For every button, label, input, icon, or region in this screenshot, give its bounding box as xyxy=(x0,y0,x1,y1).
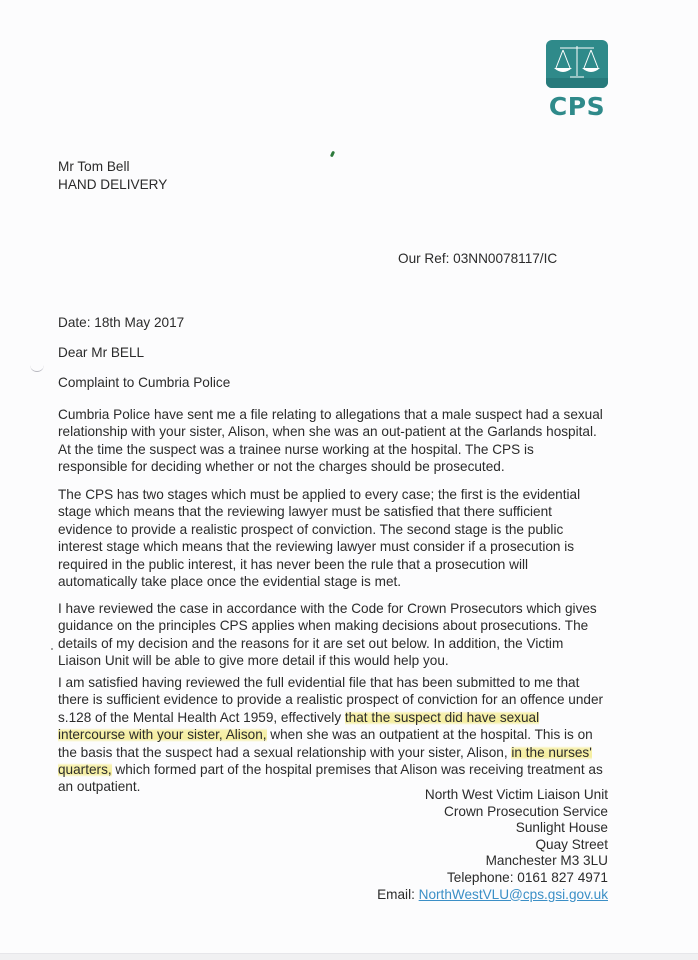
text-segment: when she was an outpatient at the hospit… xyxy=(267,727,593,742)
highlighted-text: quarters, xyxy=(58,762,112,777)
letter-page: CPS Mr Tom Bell HAND DELIVERY Our Ref: 0… xyxy=(0,0,698,960)
highlighted-text: that the suspect did have sexual xyxy=(345,710,539,725)
paragraph-file-received: Cumbria Police have sent me a file relat… xyxy=(58,406,618,476)
delivery-method: HAND DELIVERY xyxy=(58,176,167,194)
address-city: Manchester M3 3LU xyxy=(377,853,608,870)
text-line: intercourse with your sister, Alison, wh… xyxy=(58,726,618,743)
text-line: relationship with your sister, Alison, w… xyxy=(58,423,618,440)
cps-logo: CPS xyxy=(546,40,610,124)
highlighted-text: intercourse with your sister, Alison, xyxy=(58,727,267,742)
text-line: there is sufficient evidence to provide … xyxy=(58,691,618,708)
reference-number: Our Ref: 03NN0078117/IC xyxy=(398,251,557,266)
text-line: the basis that the suspect had a sexual … xyxy=(58,744,618,761)
text-line: I have reviewed the case in accordance w… xyxy=(58,600,618,617)
text-segment: the basis that the suspect had a sexual … xyxy=(58,745,511,760)
highlighted-text: in the nurses' xyxy=(511,745,591,760)
logo-text: CPS xyxy=(546,92,608,121)
letter-date: Date: 18th May 2017 xyxy=(58,315,184,330)
paragraph-two-stages: The CPS has two stages which must be app… xyxy=(58,486,618,590)
text-line: responsible for deciding whether or not … xyxy=(58,458,618,475)
organisation-name: Crown Prosecution Service xyxy=(377,804,608,821)
contact-block: North West Victim Liaison Unit Crown Pro… xyxy=(377,787,608,903)
email-link[interactable]: NorthWestVLU@cps.gsi.gov.uk xyxy=(419,887,608,902)
text-line: stage which means that the reviewing law… xyxy=(58,503,618,520)
text-line: details of my decision and the reasons f… xyxy=(58,635,618,652)
addressee-block: Mr Tom Bell HAND DELIVERY xyxy=(58,158,167,194)
ink-mark xyxy=(330,151,335,158)
text-line: s.128 of the Mental Health Act 1959, eff… xyxy=(58,709,618,726)
text-line: interest stage which means that the revi… xyxy=(58,538,618,555)
pencil-mark xyxy=(30,365,44,372)
text-line: I am satisfied having reviewed the full … xyxy=(58,674,618,691)
speck-mark xyxy=(51,648,53,650)
unit-name: North West Victim Liaison Unit xyxy=(377,787,608,804)
paragraph-review: I have reviewed the case in accordance w… xyxy=(58,600,618,670)
text-line: At the time the suspect was a trainee nu… xyxy=(58,441,618,458)
addressee-name: Mr Tom Bell xyxy=(58,158,167,176)
text-line: automatically take place once the eviden… xyxy=(58,573,618,590)
email-line: Email: NorthWestVLU@cps.gsi.gov.uk xyxy=(377,887,608,904)
text-line: Liaison Unit will be able to give more d… xyxy=(58,652,618,669)
address-street: Quay Street xyxy=(377,837,608,854)
telephone: Telephone: 0161 827 4971 xyxy=(377,870,608,887)
scales-of-justice-icon xyxy=(546,40,608,88)
text-line: evidence to provide a realistic prospect… xyxy=(58,521,618,538)
text-line: Cumbria Police have sent me a file relat… xyxy=(58,406,618,423)
address-building: Sunlight House xyxy=(377,820,608,837)
text-line: quarters, which formed part of the hospi… xyxy=(58,761,618,778)
page-edge xyxy=(0,953,698,960)
paragraph-decision: I am satisfied having reviewed the full … xyxy=(58,674,618,796)
subject-line: Complaint to Cumbria Police xyxy=(58,375,230,390)
text-segment: which formed part of the hospital premis… xyxy=(112,762,603,777)
text-segment: s.128 of the Mental Health Act 1959, eff… xyxy=(58,710,345,725)
text-line: guidance on the principles CPS applies w… xyxy=(58,617,618,634)
salutation: Dear Mr BELL xyxy=(58,345,144,360)
text-line: required in the public interest, it has … xyxy=(58,556,618,573)
text-line: The CPS has two stages which must be app… xyxy=(58,486,618,503)
email-label: Email: xyxy=(377,887,419,902)
